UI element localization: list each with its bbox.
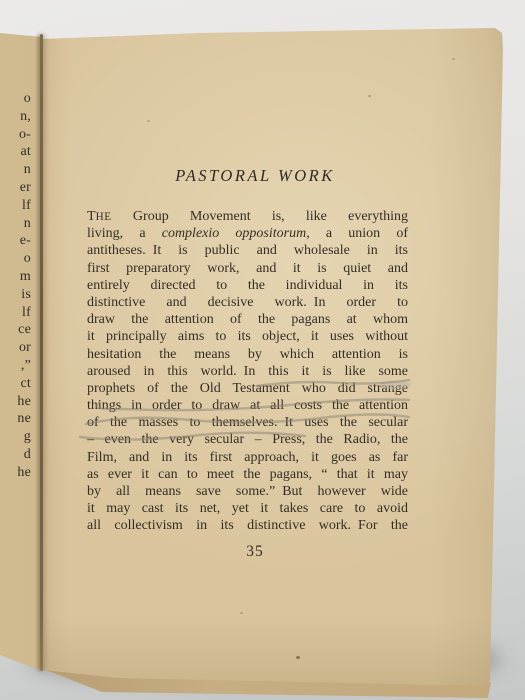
left-page-fragments: on,o-atnerlfne-omislfceor,”cthenegdhe	[0, 90, 31, 482]
left-page-line-fragment: n	[0, 215, 31, 233]
paper-speck	[368, 95, 371, 97]
left-page-line-fragment: o-	[0, 126, 31, 144]
body-line: it may cast its net, yet it takes care t…	[87, 500, 408, 517]
left-page-line-fragment: lf	[0, 197, 31, 215]
left-page-line-fragment: o	[0, 250, 31, 268]
left-page-line-fragment: ct	[0, 375, 31, 393]
left-page-line-fragment: lf	[0, 304, 31, 322]
body-line: hesitation the means by which attention …	[87, 346, 408, 363]
paper-speck	[296, 656, 300, 659]
body-line: antitheses. It is public and wholesale i…	[87, 242, 408, 259]
left-page-line-fragment: g	[0, 428, 31, 446]
body-line: of the masses to themselves. It uses the…	[87, 414, 408, 431]
paper-speck	[240, 612, 243, 614]
paper-speck	[147, 120, 150, 122]
body-text: THE Group Movement is, like everythingli…	[87, 208, 408, 535]
left-page-line-fragment: at	[0, 143, 31, 161]
left-page-line-fragment: m	[0, 268, 31, 286]
body-line: by all means save some.” But however wid…	[87, 483, 408, 500]
body-line: distinctive and decisive work. In order …	[87, 294, 408, 311]
body-line: prophets of the Old Testament who did st…	[87, 380, 408, 397]
body-line: all collectivism in its distinctive work…	[87, 517, 408, 534]
left-page-line-fragment: ne	[0, 410, 31, 428]
left-page-line-fragment: o	[0, 90, 31, 108]
left-page-line-fragment: n	[0, 161, 31, 179]
paper-speck	[452, 58, 455, 60]
body-line: aroused in this world. In this it is lik…	[87, 363, 408, 380]
left-page-line-fragment: or	[0, 339, 31, 357]
body-line: draw the attention of the pagans at whom	[87, 311, 408, 328]
book-photo: on,o-atnerlfne-omislfceor,”cthenegdhe PA…	[0, 0, 525, 700]
page-number: 35	[95, 543, 415, 561]
body-line: as ever it can to meet the pagans, “ tha…	[87, 466, 408, 483]
body-line: it principally aims to its object, it us…	[87, 328, 408, 345]
body-line: first preparatory work, and it is quiet …	[87, 260, 408, 277]
body-line: Film, and in its first approach, it goes…	[87, 449, 408, 466]
chapter-heading: PASTORAL WORK	[95, 166, 415, 186]
body-line: – even the very secular – Press, the Rad…	[87, 431, 408, 448]
left-page-line-fragment: is	[0, 286, 31, 304]
book-gutter	[40, 34, 43, 671]
left-page-line-fragment: er	[0, 179, 31, 197]
left-page-line-fragment: he	[0, 393, 31, 411]
left-page-line-fragment: d	[0, 446, 31, 464]
left-page-line-fragment: ce	[0, 321, 31, 339]
left-page-line-fragment: he	[0, 464, 31, 482]
body-line: THE Group Movement is, like everything	[87, 208, 408, 225]
left-page-line-fragment: e-	[0, 232, 31, 250]
body-line: things in order to draw at all costs the…	[87, 397, 408, 414]
body-line: entirely directed to the individual in i…	[87, 277, 408, 294]
left-page-line-fragment: ,”	[0, 357, 31, 375]
left-page-line-fragment: n,	[0, 108, 31, 126]
body-line: living, a complexio oppositorum, a union…	[87, 225, 408, 242]
